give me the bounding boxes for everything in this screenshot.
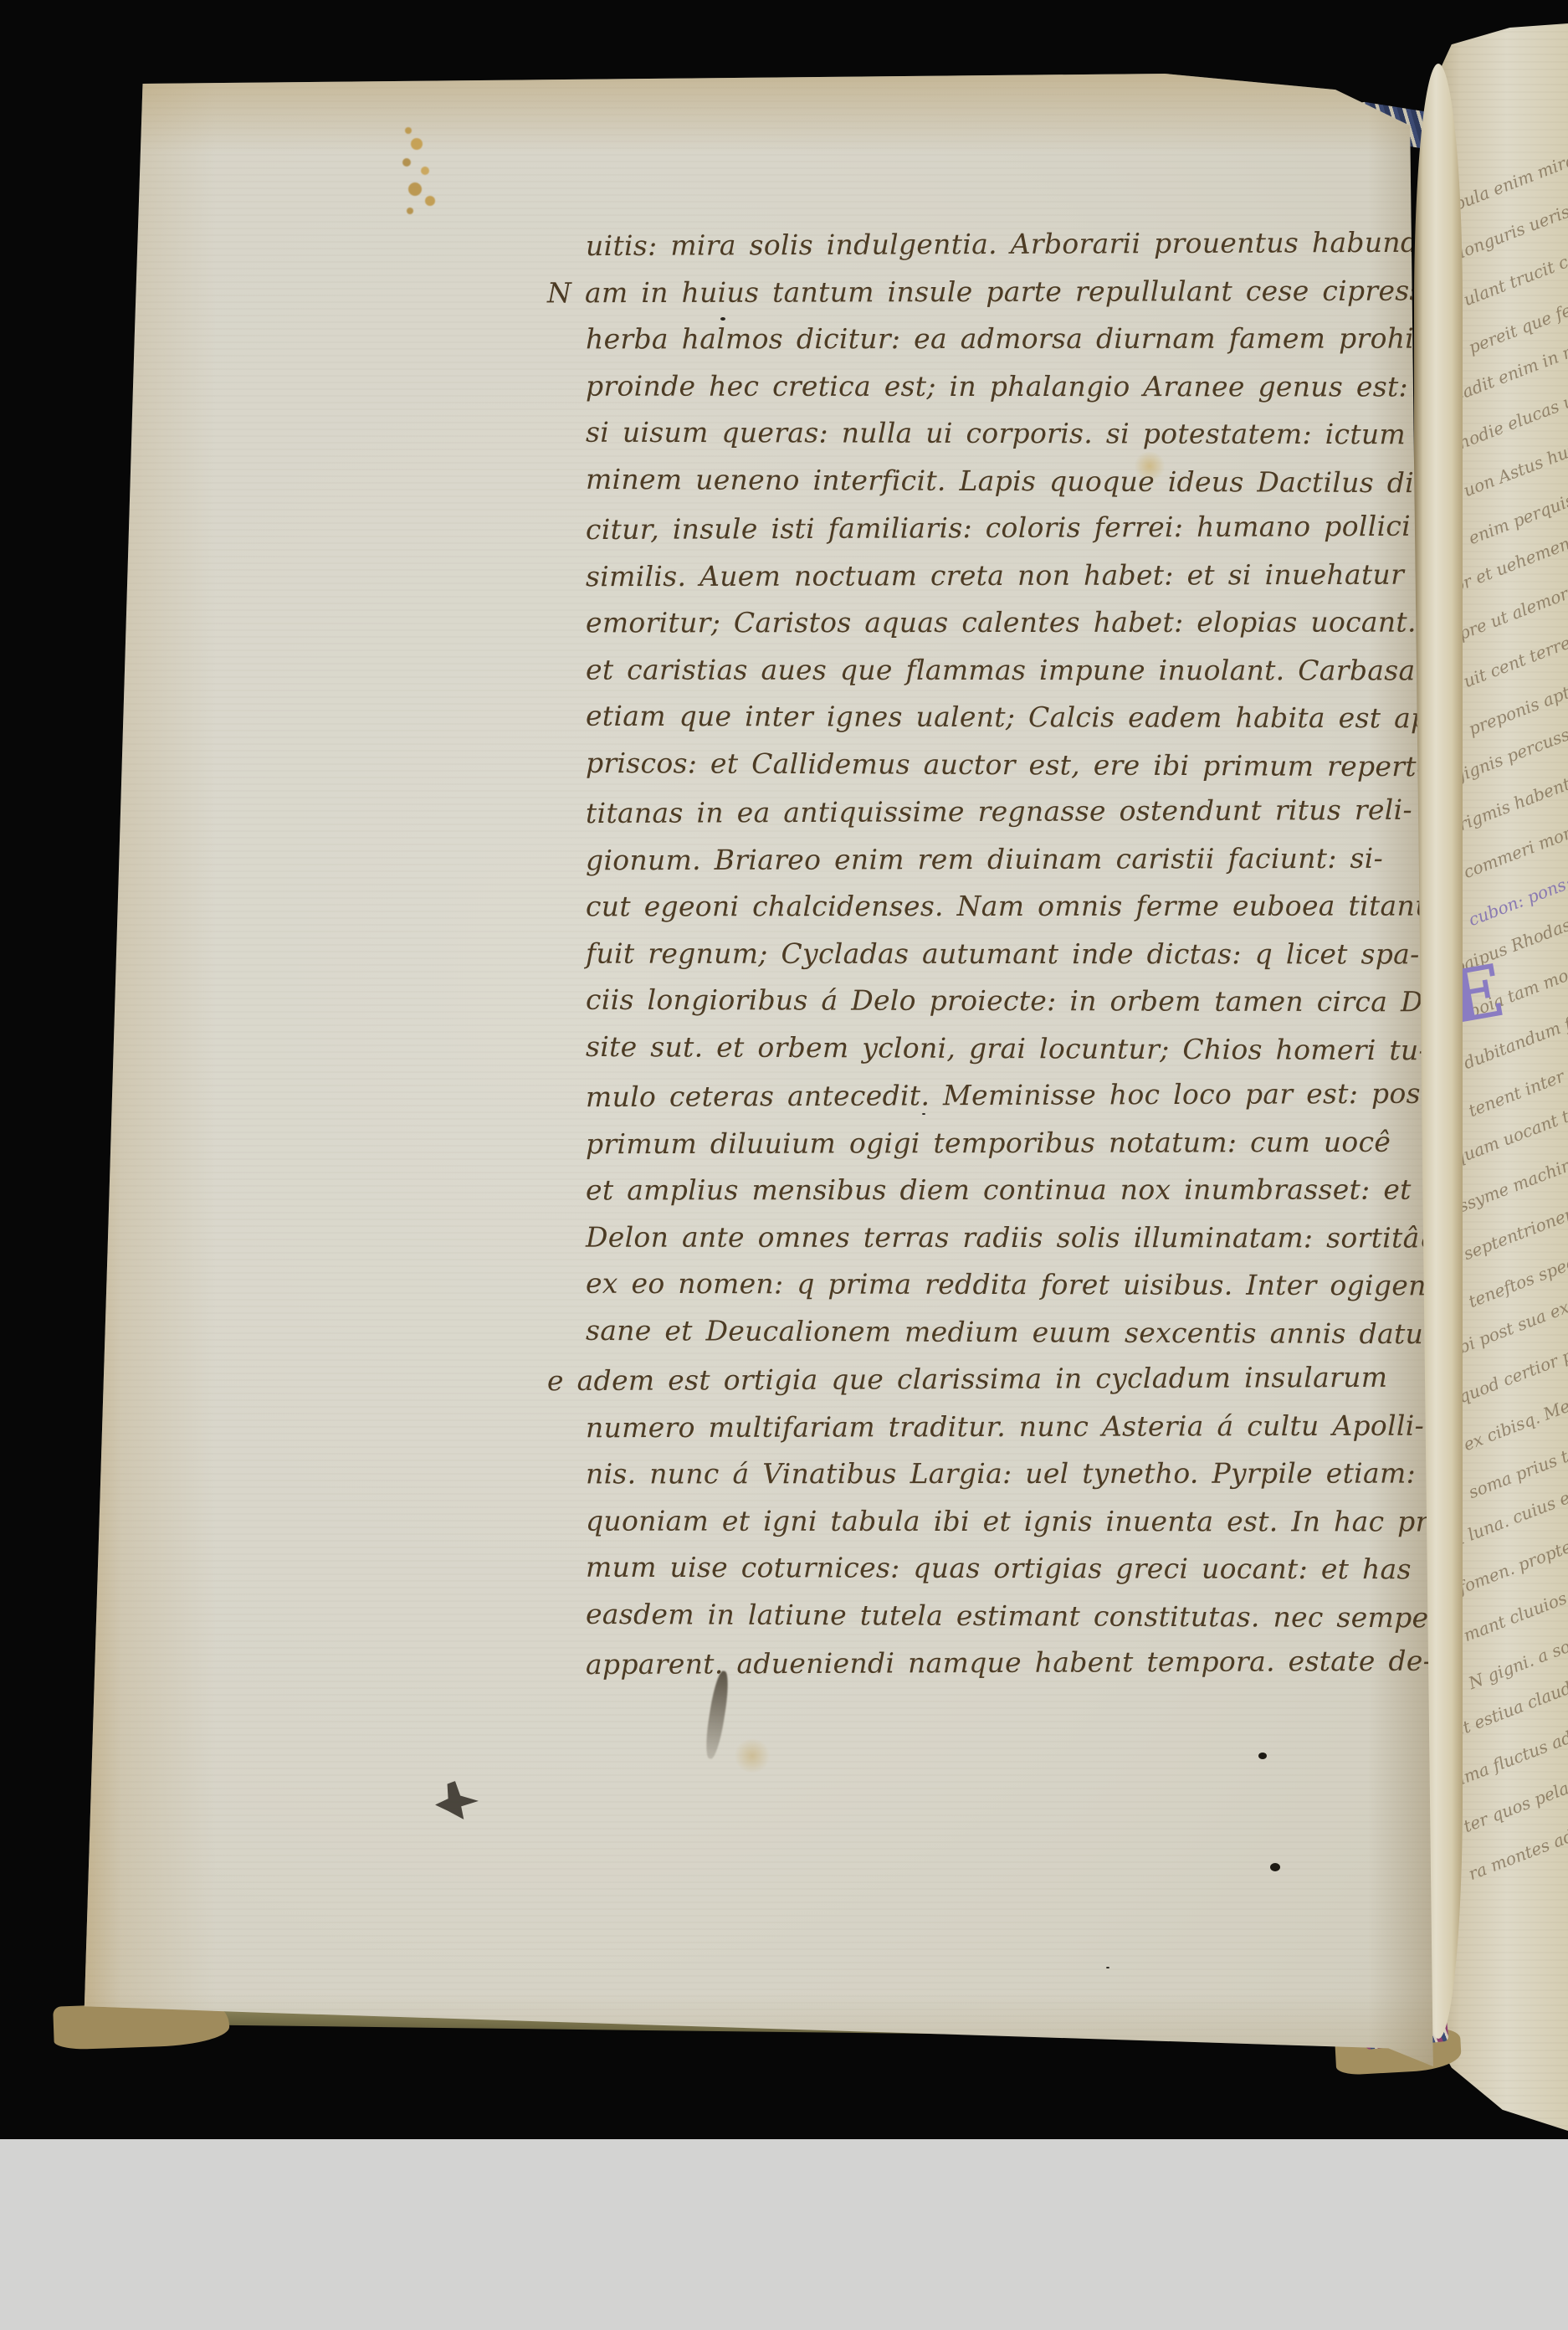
manuscript-line: quoniam et igni tabula ibi et ignis inue… [586, 1497, 1389, 1545]
ink-smudge [435, 1781, 479, 1819]
next-page-fragment: pula enim mirandis imer [1451, 121, 1568, 215]
manuscript-line: sane et Deucalionem medium euum sexcenti… [586, 1306, 1389, 1357]
manuscript-line: citur, insule isti familiaris: coloris f… [586, 503, 1389, 554]
manuscript-line: site sut. et orbem ycloni, grai locuntur… [586, 1023, 1389, 1074]
manuscript-text: uitis: mira solis indulgentia. Arborarii… [586, 221, 1389, 1687]
manuscript-line: et amplius mensibus diem continua nox in… [586, 1167, 1389, 1214]
manuscript-line: primum diluuium ogigi temporibus notatum… [586, 1118, 1389, 1168]
manuscript-line: priscos: et Callidemus auctor est, ere i… [586, 739, 1389, 790]
manuscript-page: uitis: mira solis indulgentia. Arborarii… [80, 74, 1436, 2072]
manuscript-line: e adem est ortigia que clarissima in cyc… [547, 1354, 1389, 1405]
manuscript-line: numero multifariam traditur. nunc Asteri… [586, 1402, 1389, 1451]
manuscript-line: N am in huius tantum insule parte repull… [547, 267, 1389, 316]
footer-bar [0, 2139, 1568, 2330]
ink-dot [1270, 1863, 1280, 1871]
manuscript-line: cut egeoni chalcidenses. Nam omnis ferme… [586, 883, 1389, 931]
manuscript-line: apparent. adueniendi namque habent tempo… [586, 1638, 1389, 1689]
manuscript-line: ex eo nomen: q prima reddita foret uisib… [586, 1260, 1389, 1310]
manuscript-line: et caristias aues que flammas impune inu… [586, 646, 1389, 694]
manuscript-line: si uisum queras: nulla ui corporis. si p… [586, 409, 1389, 459]
manuscript-line: herba halmos dicitur: ea admorsa diurnam… [586, 316, 1389, 363]
manuscript-line: similis. Auem noctuam creta non habet: e… [586, 551, 1389, 600]
manuscript-line: proinde hec cretica est; in phalangio Ar… [586, 362, 1389, 410]
manuscript-line: Delon ante omnes terras radiis solis ill… [586, 1214, 1389, 1261]
manuscript-line: titanas in ea antiquissime regnasse oste… [586, 787, 1389, 838]
manuscript-line: etiam que inter ignes ualent; Calcis ead… [586, 693, 1389, 742]
manuscript-line: nis. nunc á Vinatibus Largia: uel tyneth… [586, 1450, 1389, 1498]
stain-spots [405, 127, 412, 134]
stain-yellow-2 [733, 1739, 771, 1773]
manuscript-line: minem ueneno interficit. Lapis quoque id… [586, 455, 1389, 506]
manuscript-line: emoritur; Caristos aquas calentes habet:… [586, 599, 1389, 647]
ink-dot [1258, 1753, 1267, 1759]
manuscript-line: uitis: mira solis indulgentia. Arborarii… [586, 219, 1389, 270]
scan-viewport: pula enim mirandis imerlonguris ueris fl… [0, 0, 1568, 2330]
manuscript-line: fuit regnum; Cycladas autumant inde dict… [586, 930, 1389, 978]
manuscript-line: gionum. Briareo enim rem diuinam caristi… [586, 834, 1389, 884]
manuscript-line: easdem in latiune tutela estimant consti… [586, 1590, 1389, 1641]
manuscript-line: ciis longioribus á Delo proiecte: in orb… [586, 977, 1389, 1026]
manuscript-line: mulo ceteras antecedit. Meminisse hoc lo… [586, 1070, 1389, 1121]
manuscript-line: mum uise coturnices: quas ortigias greci… [586, 1544, 1389, 1594]
